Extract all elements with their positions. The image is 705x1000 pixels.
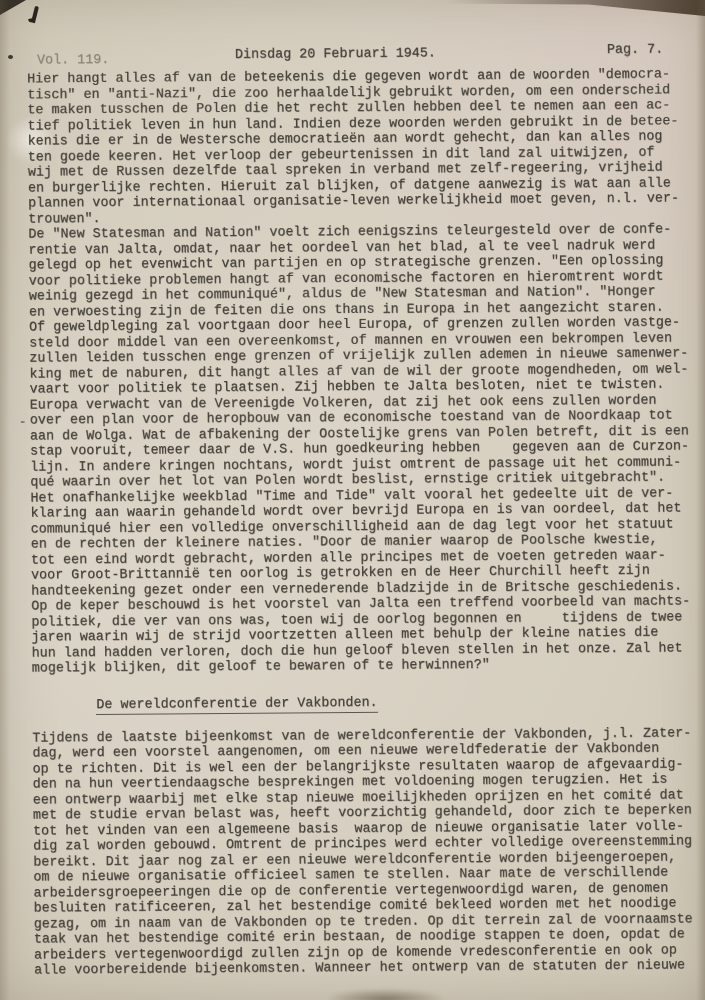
section-heading-vakbonden: De wereldconferentie der Vakbonden. — [32, 678, 699, 731]
paragraph-democratisch-anti-nazi: Hier hangt alles af van de beteekenis di… — [27, 67, 695, 227]
date-label: Dinsdag 20 Februari 1945. — [235, 46, 436, 63]
scan-edge-shadow-left — [0, 0, 10, 1000]
paragraph-new-statesman-jalta: De "New Statesman and Nation" voelt zich… — [28, 222, 699, 677]
typewritten-content: Vol. 119. Dinsdag 20 Februari 1945. Pag.… — [0, 0, 705, 1000]
bottom-edge-smudge — [328, 989, 443, 1000]
page-header: Vol. 119. Dinsdag 20 Februari 1945. Pag.… — [0, 42, 702, 64]
scanned-document-page: Vol. 119. Dinsdag 20 Februari 1945. Pag.… — [0, 0, 705, 1000]
section-heading-text: De wereldconferentie der Vakbonden. — [96, 696, 377, 715]
paragraph-wereldconferentie-vakbonden: Tijdens de laatste bijeenkomst van de we… — [32, 726, 701, 979]
faint-plus-mark: + — [624, 50, 631, 66]
page-number-label: Pag. 7. — [607, 43, 663, 59]
margin-dash-mark: - — [19, 416, 27, 432]
volume-label: Vol. 119. — [37, 53, 109, 69]
scan-edge-shadow-right — [696, 0, 705, 1000]
article-body: Hier hangt alles af van de beteekenis di… — [27, 67, 701, 979]
margin-dot-mark — [8, 55, 13, 59]
